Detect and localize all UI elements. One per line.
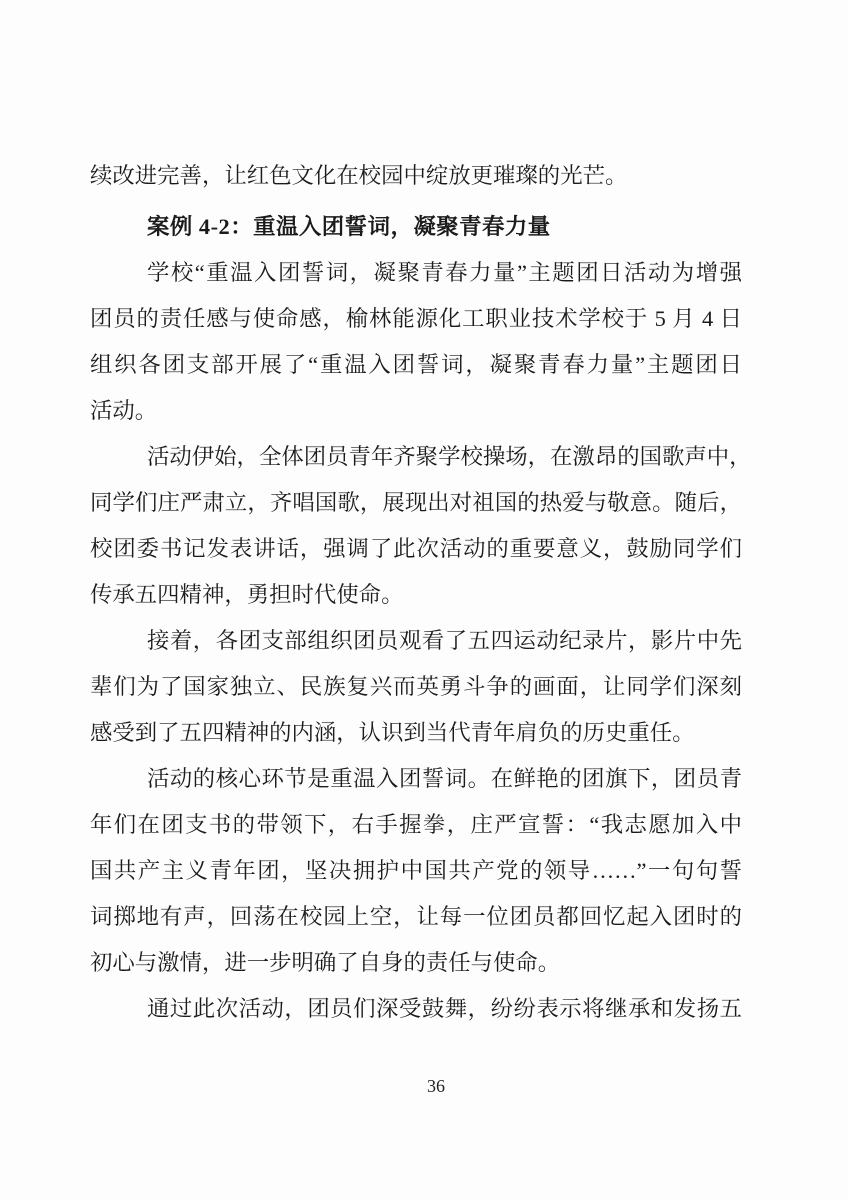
- text-line: 辈们为了国家独立、民族复兴而英勇斗争的画面，让同学们深刻: [90, 664, 742, 710]
- text-line: 接着，各团支部组织团员观看了五四运动纪录片，影片中先: [90, 618, 742, 664]
- text-line: 年们在团支书的带领下，右手握拳，庄严宣誓：“我志愿加入中: [90, 802, 742, 848]
- text-line: 组织各团支部开展了“重温入团誓词，凝聚青春力量”主题团日: [90, 342, 742, 388]
- paragraph: 接着，各团支部组织团员观看了五四运动纪录片，影片中先辈们为了国家独立、民族复兴而…: [90, 618, 742, 756]
- text-line: 案例 4-2：重温入团誓词，凝聚青春力量: [90, 204, 742, 250]
- text-line: 活动的核心环节是重温入团誓词。在鲜艳的团旗下，团员青: [90, 756, 742, 802]
- text-line: 续改进完善，让红色文化在校园中绽放更璀璨的光芒。: [90, 153, 742, 199]
- text-line: 初心与激情，进一步明确了自身的责任与使命。: [90, 940, 742, 986]
- text-line: 校团委书记发表讲话，强调了此次活动的重要意义，鼓励同学们: [90, 526, 742, 572]
- page-number: 36: [427, 1076, 445, 1096]
- text-line: 传承五四精神，勇担时代使命。: [90, 572, 742, 618]
- text-line: 学校“重温入团誓词，凝聚青春力量”主题团日活动为增强: [90, 250, 742, 296]
- page-footer: 36: [0, 1076, 848, 1097]
- paragraph: 续改进完善，让红色文化在校园中绽放更璀璨的光芒。: [90, 153, 742, 199]
- text-line: 活动伊始，全体团员青年齐聚学校操场，在激昂的国歌声中，: [90, 434, 742, 480]
- text-line: 词掷地有声，回荡在校园上空，让每一位团员都回忆起入团时的: [90, 894, 742, 940]
- text-line: 同学们庄严肃立，齐唱国歌，展现出对祖国的热爱与敬意。随后，: [90, 480, 742, 526]
- text-line: 团员的责任感与使命感，榆林能源化工职业技术学校于 5 月 4 日: [90, 296, 742, 342]
- paragraph: 活动伊始，全体团员青年齐聚学校操场，在激昂的国歌声中，同学们庄严肃立，齐唱国歌，…: [90, 434, 742, 618]
- document-text-block: 续改进完善，让红色文化在校园中绽放更璀璨的光芒。案例 4-2：重温入团誓词，凝聚…: [90, 153, 742, 1032]
- text-line: 国共产主义青年团，坚决拥护中国共产党的领导……”一句句誓: [90, 848, 742, 894]
- section-heading: 案例 4-2：重温入团誓词，凝聚青春力量: [90, 204, 742, 250]
- text-line: 通过此次活动，团员们深受鼓舞，纷纷表示将继承和发扬五: [90, 986, 742, 1032]
- paragraph: 学校“重温入团誓词，凝聚青春力量”主题团日活动为增强团员的责任感与使命感，榆林能…: [90, 250, 742, 434]
- document-page: 续改进完善，让红色文化在校园中绽放更璀璨的光芒。案例 4-2：重温入团誓词，凝聚…: [0, 0, 848, 1200]
- text-line: 活动。: [90, 388, 742, 434]
- paragraph: 通过此次活动，团员们深受鼓舞，纷纷表示将继承和发扬五: [90, 986, 742, 1032]
- text-line: 感受到了五四精神的内涵，认识到当代青年肩负的历史重任。: [90, 710, 742, 756]
- paragraph: 活动的核心环节是重温入团誓词。在鲜艳的团旗下，团员青年们在团支书的带领下，右手握…: [90, 756, 742, 986]
